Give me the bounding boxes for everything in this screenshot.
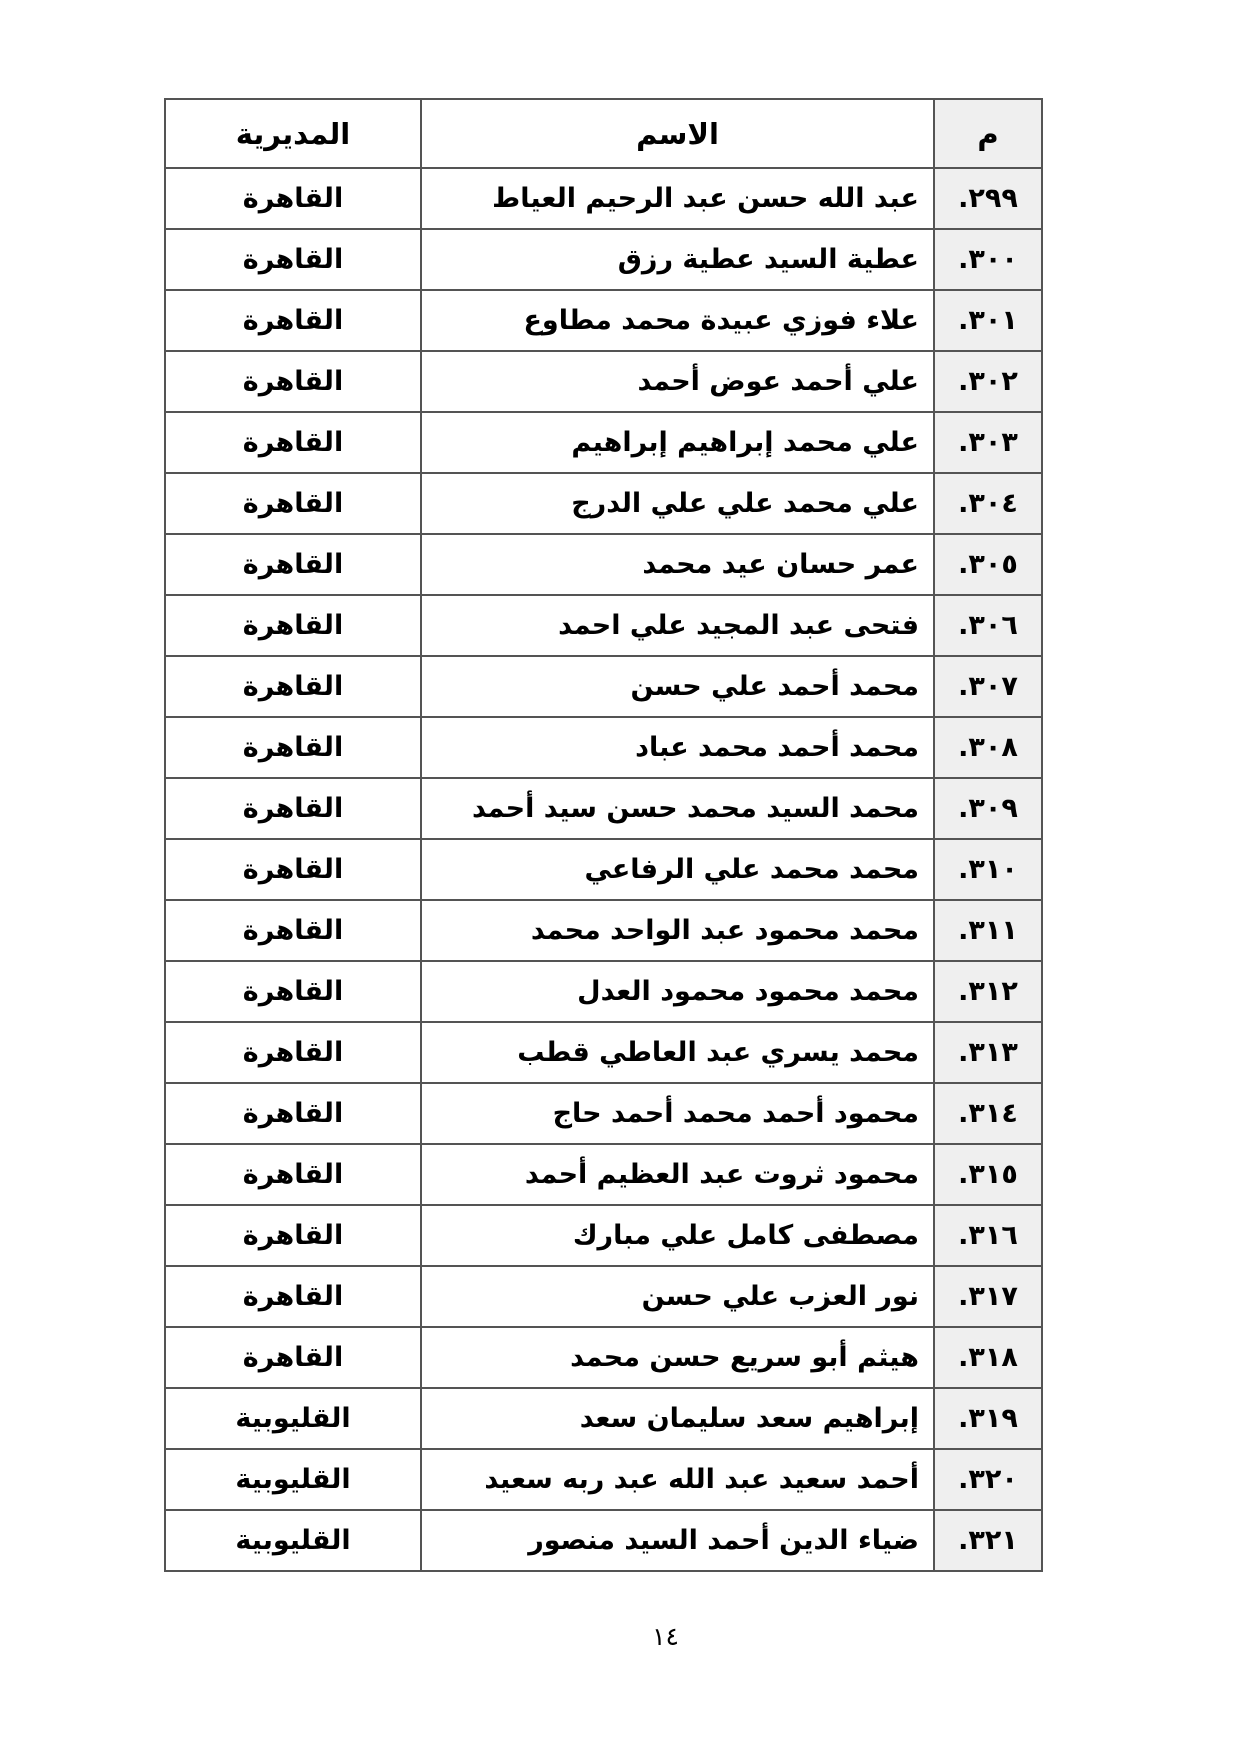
table-row: ٣٠٦.فتحى عبد المجيد علي احمدالقاهرة	[165, 595, 1042, 656]
table-row: ٣٠٢.علي أحمد عوض أحمدالقاهرة	[165, 351, 1042, 412]
name-cell: محمد يسري عبد العاطي قطب	[421, 1022, 934, 1083]
table-row: ٣٠٠.عطية السيد عطية رزقالقاهرة	[165, 229, 1042, 290]
directorate-cell: القاهرة	[165, 1083, 421, 1144]
serial-cell: ٣٠١.	[934, 290, 1042, 351]
name-cell: عمر حسان عيد محمد	[421, 534, 934, 595]
name-cell: هيثم أبو سريع حسن محمد	[421, 1327, 934, 1388]
directorate-cell: القاهرة	[165, 717, 421, 778]
serial-cell: ٣١٥.	[934, 1144, 1042, 1205]
serial-cell: ٣٠٣.	[934, 412, 1042, 473]
table-row: ٣١٨.هيثم أبو سريع حسن محمدالقاهرة	[165, 1327, 1042, 1388]
directorate-cell: القاهرة	[165, 351, 421, 412]
name-cell: نور العزب علي حسن	[421, 1266, 934, 1327]
table-row: ٣٠٣.علي محمد إبراهيم إبراهيمالقاهرة	[165, 412, 1042, 473]
name-cell: عطية السيد عطية رزق	[421, 229, 934, 290]
table-row: ٣١٧.نور العزب علي حسنالقاهرة	[165, 1266, 1042, 1327]
serial-cell: ٣٠٨.	[934, 717, 1042, 778]
table-row: ٣١١.محمد محمود عبد الواحد محمدالقاهرة	[165, 900, 1042, 961]
serial-cell: ٣٠٤.	[934, 473, 1042, 534]
name-cell: مصطفى كامل علي مبارك	[421, 1205, 934, 1266]
directorate-cell: القاهرة	[165, 229, 421, 290]
document-page: م الاسم المديرية ٢٩٩.عبد الله حسن عبد ال…	[0, 0, 1241, 1755]
serial-cell: ٣١٢.	[934, 961, 1042, 1022]
name-cell: فتحى عبد المجيد علي احمد	[421, 595, 934, 656]
table-row: ٣٢١.ضياء الدين أحمد السيد منصورالقليوبية	[165, 1510, 1042, 1571]
name-cell: عبد الله حسن عبد الرحيم العياط	[421, 168, 934, 229]
directorate-cell: القاهرة	[165, 1266, 421, 1327]
table-row: ٢٩٩.عبد الله حسن عبد الرحيم العياطالقاهر…	[165, 168, 1042, 229]
name-cell: محمد أحمد محمد عباد	[421, 717, 934, 778]
serial-cell: ٣١١.	[934, 900, 1042, 961]
directorate-cell: القاهرة	[165, 534, 421, 595]
directorate-cell: القاهرة	[165, 900, 421, 961]
serial-cell: ٣١٧.	[934, 1266, 1042, 1327]
table-row: ٣١٢.محمد محمود محمود العدلالقاهرة	[165, 961, 1042, 1022]
serial-cell: ٣٠٥.	[934, 534, 1042, 595]
serial-cell: ٣٠٧.	[934, 656, 1042, 717]
table-row: ٣٠٧.محمد أحمد علي حسنالقاهرة	[165, 656, 1042, 717]
serial-cell: ٣١٨.	[934, 1327, 1042, 1388]
name-cell: محمد محمود عبد الواحد محمد	[421, 900, 934, 961]
table-row: ٣٢٠.أحمد سعيد عبد الله عبد ربه سعيدالقلي…	[165, 1449, 1042, 1510]
table-row: ٣٠٤.علي محمد علي علي الدرجالقاهرة	[165, 473, 1042, 534]
name-cell: أحمد سعيد عبد الله عبد ربه سعيد	[421, 1449, 934, 1510]
directorate-cell: القاهرة	[165, 168, 421, 229]
name-cell: محمد محمد علي الرفاعي	[421, 839, 934, 900]
name-cell: محمود ثروت عبد العظيم أحمد	[421, 1144, 934, 1205]
directorate-cell: القاهرة	[165, 473, 421, 534]
directorate-cell: القاهرة	[165, 1144, 421, 1205]
directorate-cell: القاهرة	[165, 412, 421, 473]
serial-cell: ٣١٩.	[934, 1388, 1042, 1449]
header-row: م الاسم المديرية	[165, 99, 1042, 168]
name-cell: محمود أحمد محمد أحمد حاج	[421, 1083, 934, 1144]
table-header: م الاسم المديرية	[165, 99, 1042, 168]
serial-cell: ٣١٠.	[934, 839, 1042, 900]
header-name: الاسم	[421, 99, 934, 168]
serial-cell: ٣٠٦.	[934, 595, 1042, 656]
serial-cell: ٣٠٩.	[934, 778, 1042, 839]
names-table: م الاسم المديرية ٢٩٩.عبد الله حسن عبد ال…	[164, 98, 1043, 1572]
directorate-cell: القاهرة	[165, 290, 421, 351]
table-row: ٣٠٨.محمد أحمد محمد عبادالقاهرة	[165, 717, 1042, 778]
serial-cell: ٢٩٩.	[934, 168, 1042, 229]
table-row: ٣٠٩.محمد السيد محمد حسن سيد أحمدالقاهرة	[165, 778, 1042, 839]
directorate-cell: القاهرة	[165, 778, 421, 839]
directorate-cell: القاهرة	[165, 961, 421, 1022]
header-serial: م	[934, 99, 1042, 168]
directorate-cell: القاهرة	[165, 839, 421, 900]
table-row: ٣٠٥.عمر حسان عيد محمدالقاهرة	[165, 534, 1042, 595]
name-cell: محمد محمود محمود العدل	[421, 961, 934, 1022]
name-cell: إبراهيم سعد سليمان سعد	[421, 1388, 934, 1449]
serial-cell: ٣١٦.	[934, 1205, 1042, 1266]
directorate-cell: القليوبية	[165, 1388, 421, 1449]
serial-cell: ٣١٣.	[934, 1022, 1042, 1083]
table-row: ٣١٥.محمود ثروت عبد العظيم أحمدالقاهرة	[165, 1144, 1042, 1205]
name-cell: علي محمد إبراهيم إبراهيم	[421, 412, 934, 473]
name-cell: علي أحمد عوض أحمد	[421, 351, 934, 412]
table-row: ٣١٠.محمد محمد علي الرفاعيالقاهرة	[165, 839, 1042, 900]
name-cell: محمد السيد محمد حسن سيد أحمد	[421, 778, 934, 839]
table-row: ٣١٩.إبراهيم سعد سليمان سعدالقليوبية	[165, 1388, 1042, 1449]
table-row: ٣٠١.علاء فوزي عبيدة محمد مطاوعالقاهرة	[165, 290, 1042, 351]
directorate-cell: القاهرة	[165, 1205, 421, 1266]
serial-cell: ٣٠٢.	[934, 351, 1042, 412]
serial-cell: ٣٠٠.	[934, 229, 1042, 290]
table-row: ٣١٣.محمد يسري عبد العاطي قطبالقاهرة	[165, 1022, 1042, 1083]
name-cell: علاء فوزي عبيدة محمد مطاوع	[421, 290, 934, 351]
table-row: ٣١٦.مصطفى كامل علي مباركالقاهرة	[165, 1205, 1042, 1266]
table-row: ٣١٤.محمود أحمد محمد أحمد حاجالقاهرة	[165, 1083, 1042, 1144]
directorate-cell: القليوبية	[165, 1449, 421, 1510]
page-number: ١٤	[45, 1620, 1241, 1654]
table-body: ٢٩٩.عبد الله حسن عبد الرحيم العياطالقاهر…	[165, 168, 1042, 1571]
directorate-cell: القليوبية	[165, 1510, 421, 1571]
directorate-cell: القاهرة	[165, 656, 421, 717]
name-cell: علي محمد علي علي الدرج	[421, 473, 934, 534]
directorate-cell: القاهرة	[165, 1022, 421, 1083]
directorate-cell: القاهرة	[165, 1327, 421, 1388]
serial-cell: ٣٢٠.	[934, 1449, 1042, 1510]
directorate-cell: القاهرة	[165, 595, 421, 656]
name-cell: محمد أحمد علي حسن	[421, 656, 934, 717]
serial-cell: ٣٢١.	[934, 1510, 1042, 1571]
name-cell: ضياء الدين أحمد السيد منصور	[421, 1510, 934, 1571]
serial-cell: ٣١٤.	[934, 1083, 1042, 1144]
header-directorate: المديرية	[165, 99, 421, 168]
